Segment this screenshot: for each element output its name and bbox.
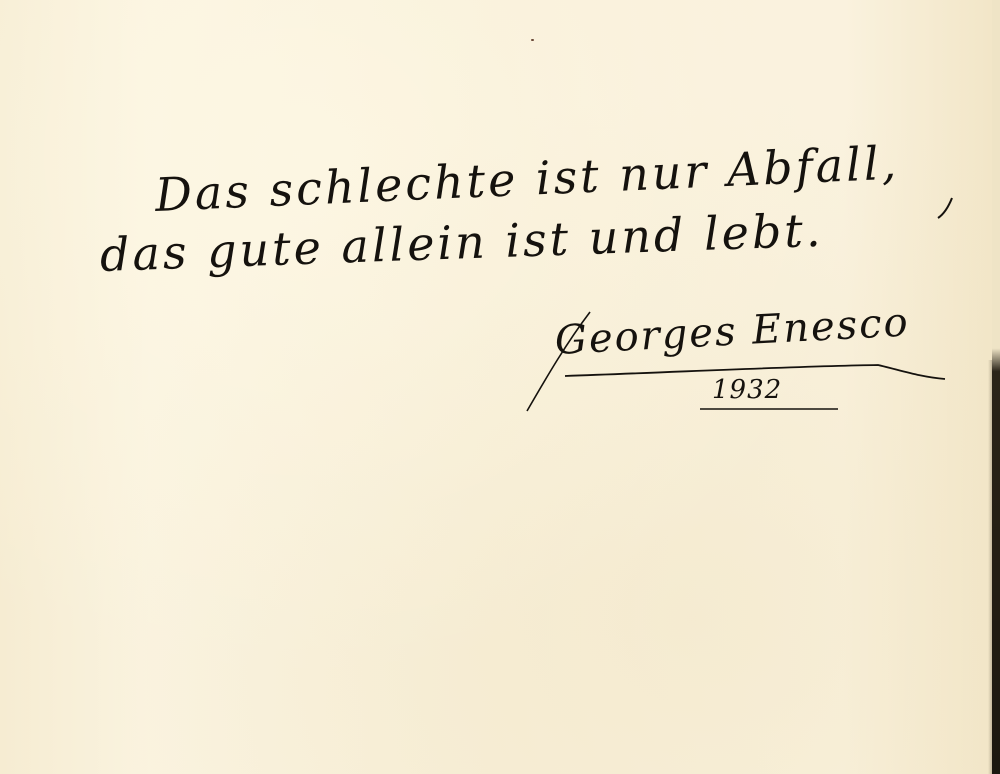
signature-flourish: [0, 0, 1000, 774]
signature-year: 1932: [712, 375, 782, 405]
paper-sheet: Das schlechte ist nur Abfall, das gute a…: [0, 0, 992, 774]
paper-speck: [531, 39, 534, 41]
page-edge: [992, 0, 1000, 774]
signature: Georges Enesco: [554, 299, 911, 364]
